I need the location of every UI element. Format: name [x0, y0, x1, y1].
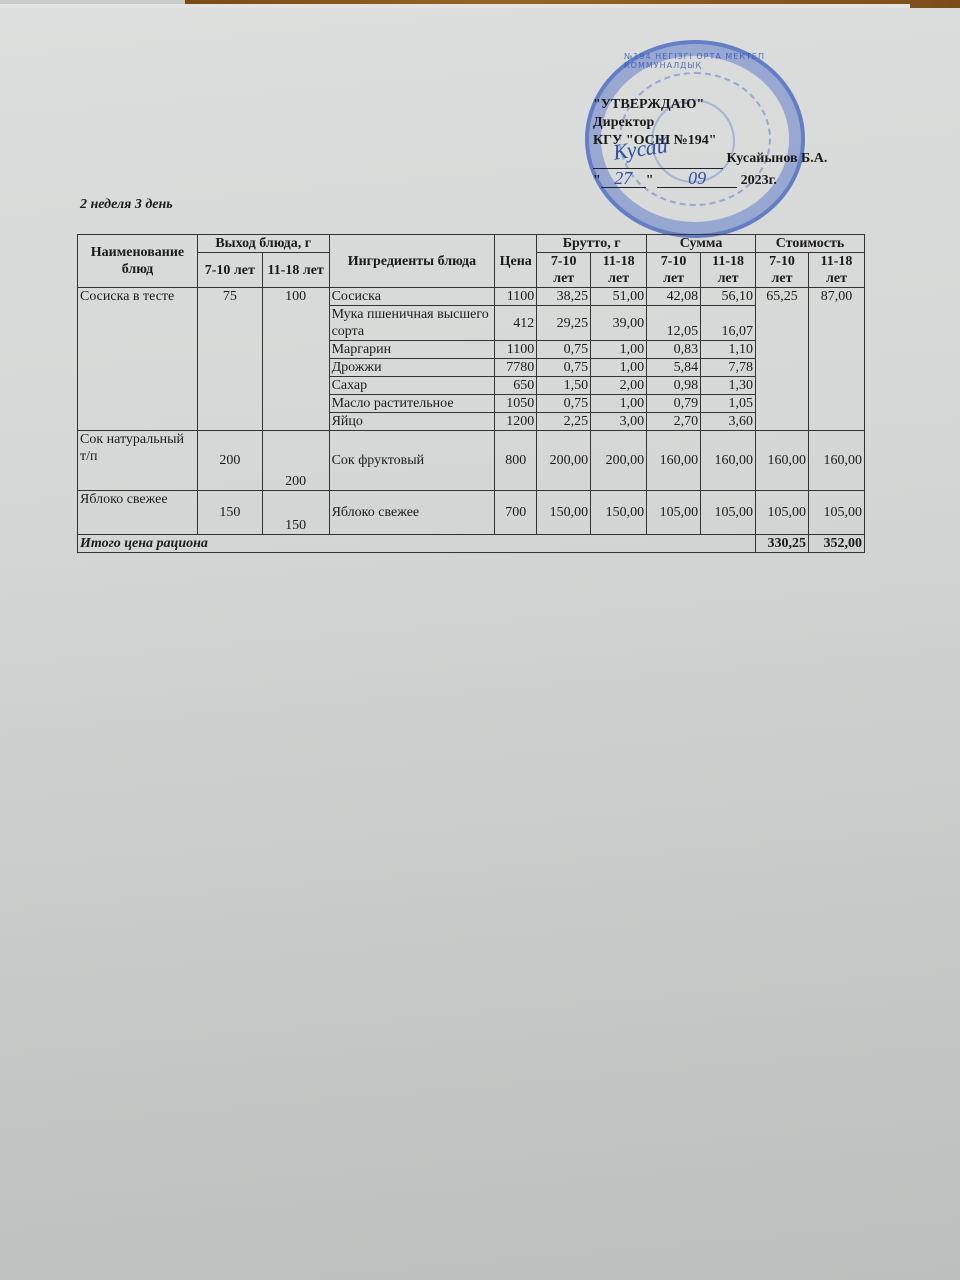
ingredient-name: Сок фруктовый	[329, 431, 495, 491]
header-age-7-10: 7-10 лет	[647, 253, 701, 288]
approval-signature-row: Кусай Кусайынов Б.А.	[593, 150, 827, 169]
sum-11-18: 1,30	[701, 377, 756, 395]
sum-7-10: 105,00	[647, 491, 701, 535]
header-gross: Брутто, г	[537, 235, 647, 253]
sum-7-10: 160,00	[647, 431, 701, 491]
stamp-text: №194 НЕГІЗГІ ОРТА МЕКТЕП КОММУНАЛДЫҚ	[624, 52, 801, 70]
cost-7-10: 65,25	[756, 288, 809, 431]
total-row: Итого цена рациона 330,25 352,00	[78, 535, 865, 553]
dish-name: Яблоко свежее	[78, 491, 198, 535]
ingredient-price: 1050	[495, 395, 537, 413]
gross-7-10: 29,25	[537, 306, 591, 341]
gross-11-18: 200,00	[591, 431, 647, 491]
header-age-11-18: 11-18 лет	[808, 253, 864, 288]
cost-7-10: 160,00	[756, 431, 809, 491]
header-age-7-10: 7-10 лет	[537, 253, 591, 288]
gross-11-18: 150,00	[591, 491, 647, 535]
table-row: Яблоко свежее150150Яблоко свежее700150,0…	[78, 491, 865, 535]
ingredient-price: 7780	[495, 359, 537, 377]
ingredient-name: Маргарин	[329, 341, 495, 359]
header-age-7-10: 7-10 лет	[756, 253, 809, 288]
sum-7-10: 2,70	[647, 413, 701, 431]
approval-heading: "УТВЕРЖДАЮ"	[593, 96, 827, 114]
dish-yield-7-10: 200	[197, 431, 262, 491]
gross-11-18: 3,00	[591, 413, 647, 431]
dish-yield-7-10: 150	[197, 491, 262, 535]
total-7-10: 330,25	[756, 535, 809, 553]
gross-7-10: 2,25	[537, 413, 591, 431]
ingredient-price: 800	[495, 431, 537, 491]
cost-11-18: 105,00	[808, 491, 864, 535]
ingredient-price: 1100	[495, 288, 537, 306]
sum-11-18: 56,10	[701, 288, 756, 306]
cost-7-10: 105,00	[756, 491, 809, 535]
ingredient-name: Сахар	[329, 377, 495, 395]
cost-11-18: 87,00	[808, 288, 864, 431]
total-11-18: 352,00	[808, 535, 864, 553]
cost-11-18: 160,00	[808, 431, 864, 491]
sum-7-10: 5,84	[647, 359, 701, 377]
ingredient-price: 1200	[495, 413, 537, 431]
date-day: 27	[601, 169, 646, 188]
header-price: Цена	[495, 235, 537, 288]
sum-7-10: 42,08	[647, 288, 701, 306]
gross-11-18: 1,00	[591, 341, 647, 359]
approval-block: "УТВЕРЖДАЮ" Директор КГУ "ОСШ №194" Куса…	[593, 96, 827, 190]
ingredient-name: Дрожжи	[329, 359, 495, 377]
ingredient-name: Масло растительное	[329, 395, 495, 413]
dish-name: Сок натуральный т/п	[78, 431, 198, 491]
header-age-7-10: 7-10 лет	[197, 253, 262, 288]
approval-signatory: Кусайынов Б.А.	[727, 151, 828, 166]
dish-name: Сосиска в тесте	[78, 288, 198, 431]
menu-cost-table: Наименование блюд Выход блюда, г Ингреди…	[77, 234, 865, 553]
menu-day-title: 2 неделя 3 день	[80, 197, 173, 213]
header-sum: Сумма	[647, 235, 756, 253]
gross-11-18: 2,00	[591, 377, 647, 395]
ingredient-name: Яблоко свежее	[329, 491, 495, 535]
sum-7-10: 12,05	[647, 306, 701, 341]
gross-11-18: 39,00	[591, 306, 647, 341]
gross-7-10: 0,75	[537, 341, 591, 359]
sum-11-18: 1,10	[701, 341, 756, 359]
date-year: 2023г.	[741, 173, 777, 188]
sum-7-10: 0,98	[647, 377, 701, 395]
date-month: 09	[657, 169, 737, 188]
ingredient-price: 412	[495, 306, 537, 341]
sum-11-18: 16,07	[701, 306, 756, 341]
ingredient-price: 650	[495, 377, 537, 395]
header-age-11-18: 11-18 лет	[591, 253, 647, 288]
sum-11-18: 3,60	[701, 413, 756, 431]
gross-7-10: 0,75	[537, 395, 591, 413]
ingredient-name: Сосиска	[329, 288, 495, 306]
gross-7-10: 200,00	[537, 431, 591, 491]
sum-11-18: 160,00	[701, 431, 756, 491]
header-dish: Наименование блюд	[78, 235, 198, 288]
sum-11-18: 1,05	[701, 395, 756, 413]
dish-yield-11-18: 200	[262, 431, 329, 491]
gross-7-10: 150,00	[537, 491, 591, 535]
gross-11-18: 51,00	[591, 288, 647, 306]
menu-table-body: Сосиска в тесте75100Сосиска110038,2551,0…	[78, 288, 865, 535]
ingredient-name: Яйцо	[329, 413, 495, 431]
header-cost: Стоимость	[756, 235, 865, 253]
header-yield: Выход блюда, г	[197, 235, 329, 253]
sum-7-10: 0,83	[647, 341, 701, 359]
approval-position: Директор	[593, 114, 827, 132]
header-age-11-18: 11-18 лет	[262, 253, 329, 288]
ingredient-price: 700	[495, 491, 537, 535]
total-label: Итого цена рациона	[78, 535, 756, 553]
approval-date-row: "27" 09 2023г.	[593, 169, 827, 190]
header-age-11-18: 11-18 лет	[701, 253, 756, 288]
dish-yield-11-18: 100	[262, 288, 329, 431]
table-row: Сосиска в тесте75100Сосиска110038,2551,0…	[78, 288, 865, 306]
handwritten-signature: Кусай	[612, 136, 669, 161]
dish-yield-7-10: 75	[197, 288, 262, 431]
gross-7-10: 0,75	[537, 359, 591, 377]
ingredient-name: Мука пшеничная высшего сорта	[329, 306, 495, 341]
sum-11-18: 7,78	[701, 359, 756, 377]
gross-7-10: 1,50	[537, 377, 591, 395]
table-row: Сок натуральный т/п200200Сок фруктовый80…	[78, 431, 865, 491]
dish-yield-11-18: 150	[262, 491, 329, 535]
header-ingredients: Ингредиенты блюда	[329, 235, 495, 288]
gross-11-18: 1,00	[591, 359, 647, 377]
gross-7-10: 38,25	[537, 288, 591, 306]
gross-11-18: 1,00	[591, 395, 647, 413]
sum-11-18: 105,00	[701, 491, 756, 535]
ingredient-price: 1100	[495, 341, 537, 359]
sum-7-10: 0,79	[647, 395, 701, 413]
